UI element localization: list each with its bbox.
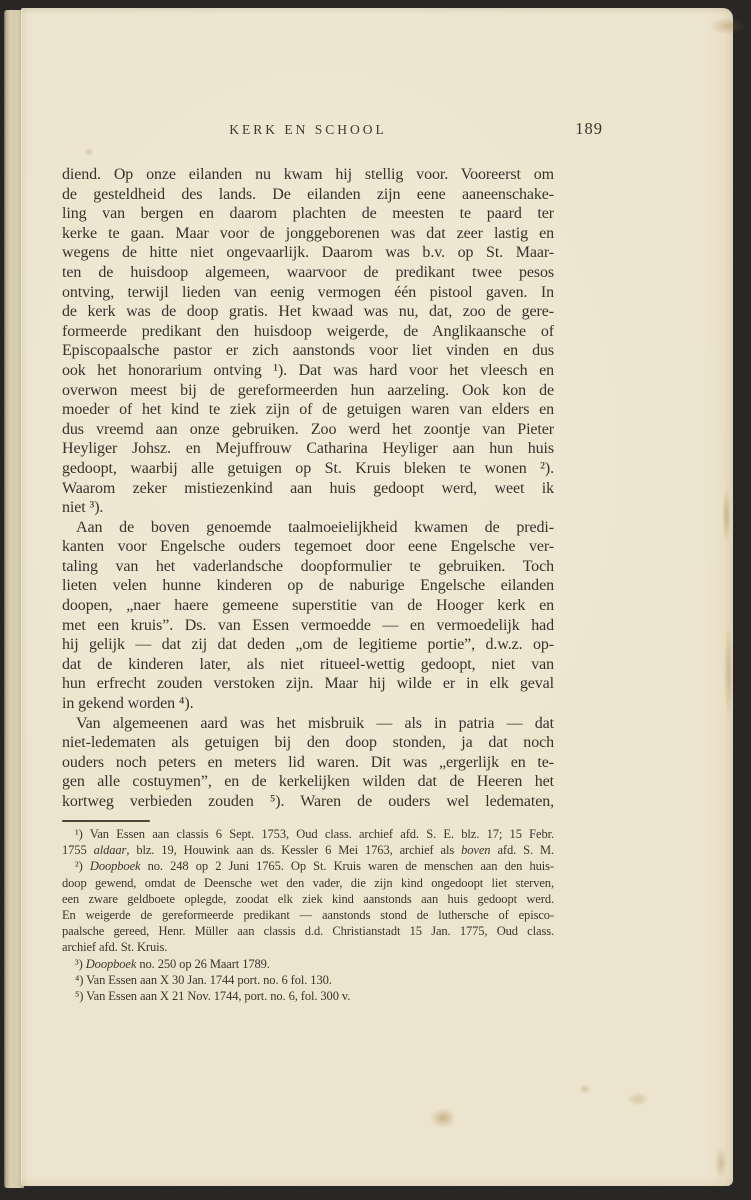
footnote: ⁵) Van Essen aan X 21 Nov. 1744, port. n… bbox=[62, 988, 554, 1004]
text-line: ⁴) Van Essen aan X 30 Jan. 1744 port. no… bbox=[62, 972, 554, 988]
text-line: ²) Doopboek no. 248 op 2 Juni 1765. Op S… bbox=[62, 858, 554, 874]
footnotes-section: ¹) Van Essen aan classis 6 Sept. 1753, O… bbox=[62, 826, 554, 1004]
text-line: formeerde predikant den huisdoop weigerd… bbox=[62, 322, 554, 342]
foxing-stain bbox=[722, 488, 731, 543]
text-line: Heyliger Johsz. en Mejuffrouw Catharina … bbox=[62, 439, 554, 459]
text-line: gen alle costuymen”, en de kerkelijken w… bbox=[62, 772, 554, 792]
text-line: hun erfrecht zouden verstoken zijn. Maar… bbox=[62, 674, 554, 694]
text-line: wegens de hitte niet ongevaarlijk. Daaro… bbox=[62, 243, 554, 263]
text-line: Van algemeenen aard was het misbruik — a… bbox=[62, 714, 554, 734]
text-line: archief afd. St. Kruis. bbox=[62, 939, 554, 955]
text-line: ¹) Van Essen aan classis 6 Sept. 1753, O… bbox=[62, 826, 554, 842]
page-number: 189 bbox=[62, 119, 603, 139]
book-page: KERK EN SCHOOL 189 diend. Op onze eiland… bbox=[21, 8, 733, 1186]
text-line: overwon meest bij de gereformeerden hun … bbox=[62, 381, 554, 401]
footnote: ¹) Van Essen aan classis 6 Sept. 1753, O… bbox=[62, 826, 554, 858]
body-text-column: diend. Op onze eilanden nu kwam hij stel… bbox=[62, 165, 554, 812]
text-line: ⁵) Van Essen aan X 21 Nov. 1744, port. n… bbox=[62, 988, 554, 1004]
text-line: gedoopt, waarbij alle getuigen op St. Kr… bbox=[62, 459, 554, 479]
foxing-stain bbox=[715, 1148, 727, 1178]
paragraph: Van algemeenen aard was het misbruik — a… bbox=[62, 714, 554, 812]
footnote: ²) Doopboek no. 248 op 2 Juni 1765. Op S… bbox=[62, 858, 554, 955]
footnote: ⁴) Van Essen aan X 30 Jan. 1744 port. no… bbox=[62, 972, 554, 988]
footnote-rule bbox=[62, 820, 150, 822]
text-line: diend. Op onze eilanden nu kwam hij stel… bbox=[62, 165, 554, 185]
text-line: taling van het vaderlandsche doopformuli… bbox=[62, 557, 554, 577]
foxing-stain bbox=[627, 1092, 649, 1106]
foxing-stain bbox=[724, 623, 733, 718]
text-line: En weigerde de gereformeerde predikant —… bbox=[62, 907, 554, 923]
text-line: niet ³). bbox=[62, 498, 554, 518]
text-line: een zware geldboete oplegde, zoodat elk … bbox=[62, 891, 554, 907]
text-line: lieten velen hunne kinderen op de naburi… bbox=[62, 576, 554, 596]
text-line: Episcopaalsche pastor er zich aanstonds … bbox=[62, 341, 554, 361]
text-line: Waarom zeker mistiezenkind aan huis gedo… bbox=[62, 479, 554, 499]
text-line: paalsche gereed, Henr. Müller aan classi… bbox=[62, 923, 554, 939]
text-line: Aan de boven genoemde taalmoeielijkheid … bbox=[62, 518, 554, 538]
text-line: ling van bergen en daarom plachten de me… bbox=[62, 204, 554, 224]
text-line: de gesteldheid des lands. De eilanden zi… bbox=[62, 185, 554, 205]
text-line: ook het honorarium ontving ¹). Dat was h… bbox=[62, 361, 554, 381]
text-line: dat de kinderen later, als niet ritueel-… bbox=[62, 655, 554, 675]
text-line: ten de huisdoop algemeen, waarvoor de pr… bbox=[62, 263, 554, 283]
text-line: kanten voor Engelsche ouders tegemoet do… bbox=[62, 537, 554, 557]
text-line: ³) Doopboek no. 250 op 26 Maart 1789. bbox=[62, 956, 554, 972]
paragraph: Aan de boven genoemde taalmoeielijkheid … bbox=[62, 518, 554, 714]
text-line: doopen, „naer haere gemeene superstitie … bbox=[62, 596, 554, 616]
text-line: ouders noch peters en meters lid waren. … bbox=[62, 753, 554, 773]
foxing-stain bbox=[711, 18, 745, 34]
text-line: de kerk was de doop gratis. Het kwaad wa… bbox=[62, 302, 554, 322]
scanned-book-page: KERK EN SCHOOL 189 diend. Op onze eiland… bbox=[0, 0, 751, 1200]
text-line: in gekend worden ⁴). bbox=[62, 694, 554, 714]
text-line: kortweg verbieden zouden ⁵). Waren de ou… bbox=[62, 792, 554, 812]
text-line: moeder of het kind te ziek zijn of de ge… bbox=[62, 400, 554, 420]
text-line: hij gelijk — dat zij dat deden „om de le… bbox=[62, 635, 554, 655]
text-line: dus vreemd aan onze gebruiken. Zoo werd … bbox=[62, 420, 554, 440]
foxing-stain bbox=[84, 148, 94, 156]
text-line: kerke te gaan. Maar voor de jonggeborene… bbox=[62, 224, 554, 244]
text-line: 1755 aldaar, blz. 19, Houwink aan ds. Ke… bbox=[62, 842, 554, 858]
text-line: ontving, terwijl lieden van eenig vermog… bbox=[62, 283, 554, 303]
text-line: met een kruis”. Ds. van Essen vermoedde … bbox=[62, 616, 554, 636]
foxing-stain bbox=[579, 1084, 591, 1094]
footnote: ³) Doopboek no. 250 op 26 Maart 1789. bbox=[62, 956, 554, 972]
foxing-stain bbox=[430, 1108, 456, 1128]
paragraph: diend. Op onze eilanden nu kwam hij stel… bbox=[62, 165, 554, 518]
text-line: doop gewend, omdat de Deensche wet den v… bbox=[62, 875, 554, 891]
text-line: niet-ledematen als getuigen bij den doop… bbox=[62, 733, 554, 753]
